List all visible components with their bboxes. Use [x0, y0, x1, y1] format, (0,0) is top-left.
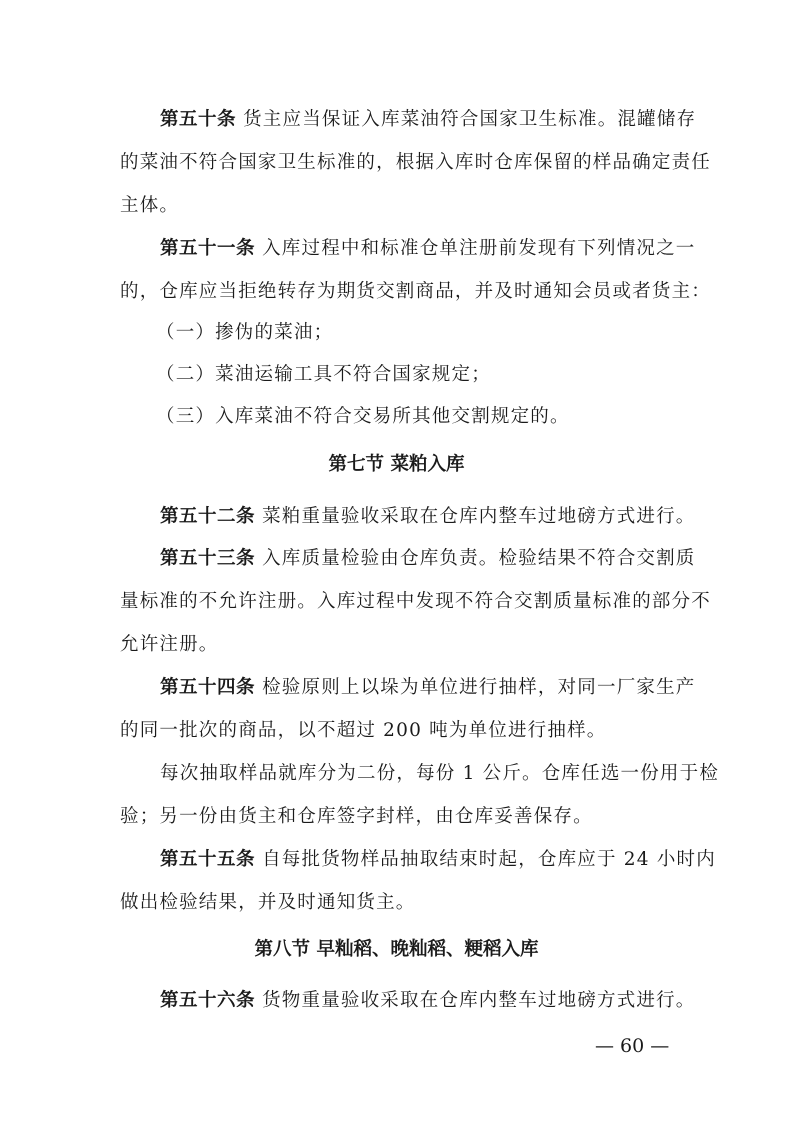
section-heading-7: 第七节 菜粕入库 [0, 452, 793, 478]
list-item-1: （一）掺伪的菜油； [156, 320, 671, 346]
article-label: 第五十二条 [160, 506, 255, 527]
article-label: 第五十四条 [160, 677, 255, 698]
article-55-line-2: 做出检验结果，并及时通知货主。 [120, 890, 675, 916]
article-label: 第五十条 [160, 109, 236, 130]
article-51-line-1: 第五十一条 入库过程中和标准仓单注册前发现有下列情况之一 [160, 236, 675, 262]
page-number: — 60 — [595, 1033, 669, 1059]
list-item-3: （三）入库菜油不符合交易所其他交割规定的。 [156, 404, 671, 430]
article-51-line-2: 的，仓库应当拒绝转存为期货交割商品，并及时通知会员或者货主： [120, 279, 675, 305]
article-label: 第五十一条 [160, 238, 255, 259]
article-label: 第五十三条 [160, 548, 255, 569]
article-50-line-1: 第五十条 货主应当保证入库菜油符合国家卫生标准。混罐储存 [160, 107, 675, 133]
article-label: 第五十五条 [160, 849, 255, 870]
article-54-line-1: 第五十四条 检验原则上以垛为单位进行抽样，对同一厂家生产 [160, 675, 675, 701]
sampling-paragraph-line-2: 验；另一份由货主和仓库签字封样，由仓库妥善保存。 [120, 804, 675, 830]
section-heading-8: 第八节 早籼稻、晚籼稻、粳稻入库 [0, 937, 793, 963]
sampling-paragraph-line-1: 每次抽取样品就库分为二份，每份 1 公斤。仓库任选一份用于检 [160, 761, 675, 787]
article-56-line-1: 第五十六条 货物重量验收采取在仓库内整车过地磅方式进行。 [160, 988, 675, 1014]
article-53-line-1: 第五十三条 入库质量检验由仓库负责。检验结果不符合交割质 [160, 546, 675, 572]
article-54-line-2: 的同一批次的商品，以不超过 200 吨为单位进行抽样。 [120, 718, 675, 744]
article-50-line-2: 的菜油不符合国家卫生标准的，根据入库时仓库保留的样品确定责任 [120, 150, 675, 176]
document-page: 第五十条 货主应当保证入库菜油符合国家卫生标准。混罐储存 的菜油不符合国家卫生标… [0, 0, 793, 1122]
article-53-line-3: 允许注册。 [120, 632, 675, 658]
list-item-2: （二）菜油运输工具不符合国家规定； [156, 362, 671, 388]
article-52-line-1: 第五十二条 菜粕重量验收采取在仓库内整车过地磅方式进行。 [160, 504, 675, 530]
article-53-line-2: 量标准的不允许注册。入库过程中发现不符合交割质量标准的部分不 [120, 589, 675, 615]
article-label: 第五十六条 [160, 990, 255, 1011]
article-55-line-1: 第五十五条 自每批货物样品抽取结束时起，仓库应于 24 小时内 [160, 847, 675, 873]
article-50-line-3: 主体。 [120, 193, 675, 219]
